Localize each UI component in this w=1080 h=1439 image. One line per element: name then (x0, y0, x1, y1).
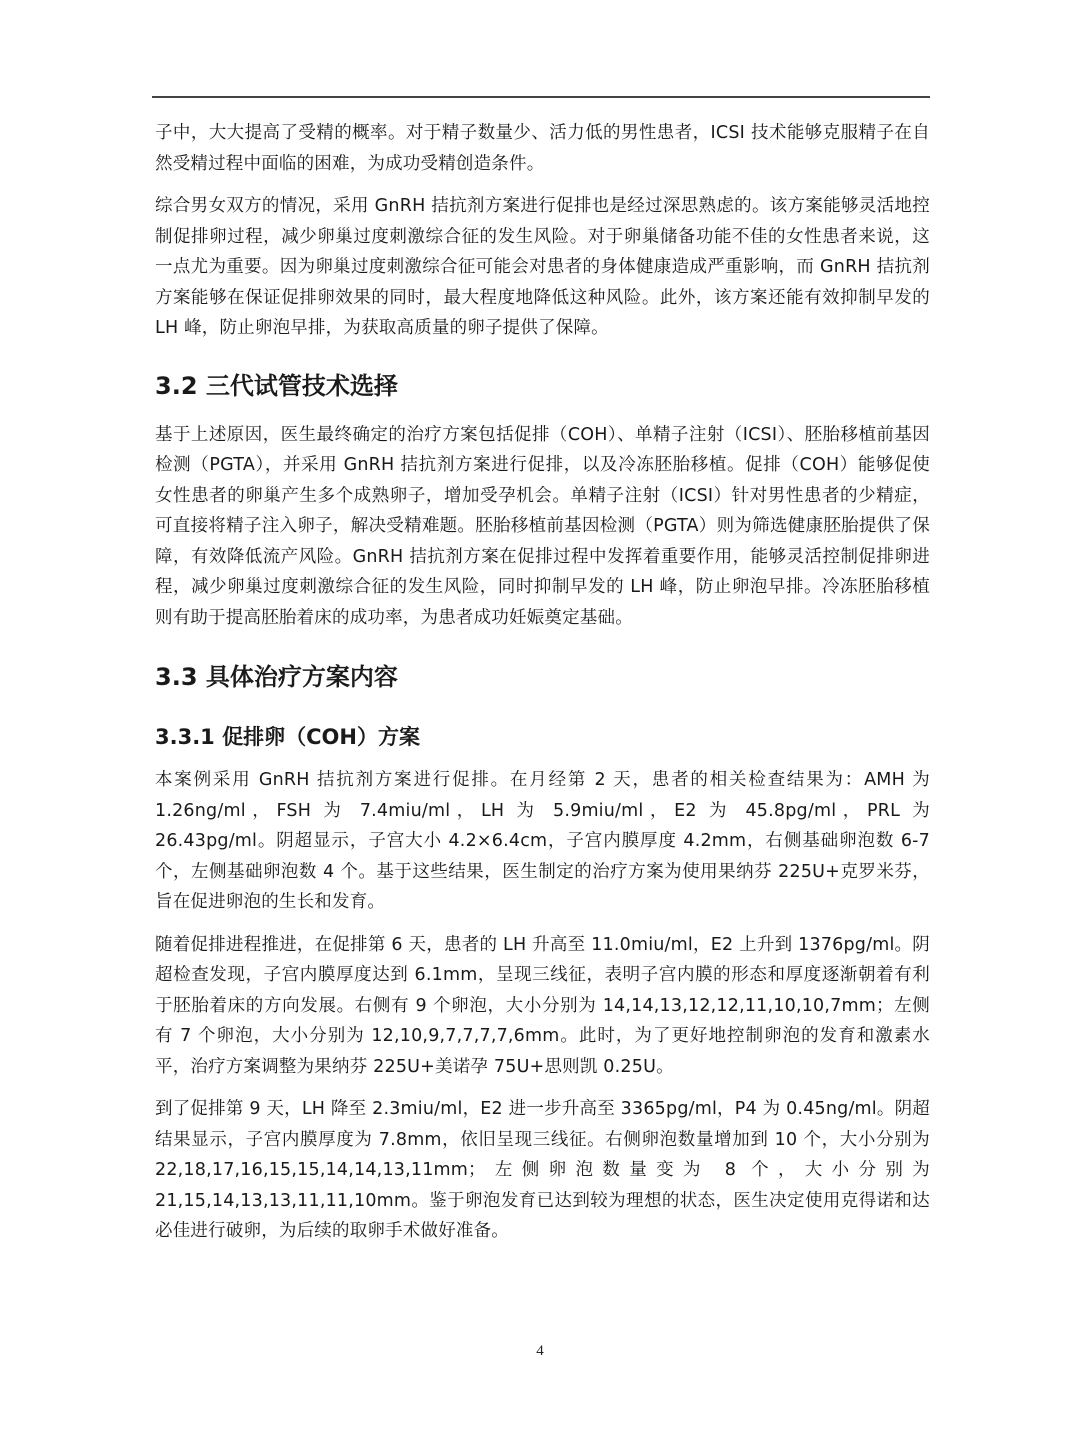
section-heading-3-2: 3.2 三代试管技术选择 (155, 368, 930, 404)
paragraph: 到了促排第 9 天，LH 降至 2.3miu/ml，E2 进一步升高至 3365… (155, 1094, 930, 1247)
document-page: 子中，大大提高了受精的概率。对于精子数量少、活力低的男性患者，ICSI 技术能够… (0, 0, 1080, 1439)
section-heading-3-3: 3.3 具体治疗方案内容 (155, 659, 930, 695)
subsection-heading-3-3-1: 3.3.1 促排卵（COH）方案 (155, 721, 930, 753)
paragraph: 本案例采用 GnRH 拮抗剂方案进行促排。在月经第 2 天，患者的相关检查结果为… (155, 765, 930, 918)
page-number: 4 (0, 1343, 1080, 1360)
header-rule (152, 96, 930, 98)
page-content: 子中，大大提高了受精的概率。对于精子数量少、活力低的男性患者，ICSI 技术能够… (155, 118, 930, 1259)
paragraph: 子中，大大提高了受精的概率。对于精子数量少、活力低的男性患者，ICSI 技术能够… (155, 118, 930, 179)
paragraph: 基于上述原因，医生最终确定的治疗方案包括促排（COH）、单精子注射（ICSI）、… (155, 420, 930, 634)
paragraph: 随着促排进程推进，在促排第 6 天，患者的 LH 升高至 11.0miu/ml，… (155, 930, 930, 1083)
paragraph: 综合男女双方的情况，采用 GnRH 拮抗剂方案进行促排也是经过深思熟虑的。该方案… (155, 191, 930, 344)
